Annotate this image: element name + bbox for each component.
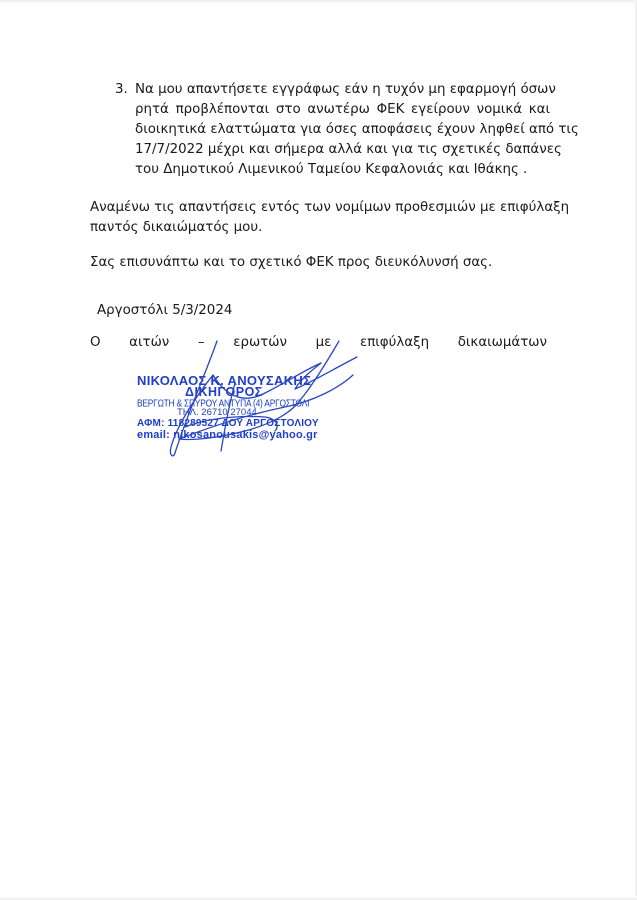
page-edge-bottom (0, 896, 637, 900)
list-item-number: 3. (115, 80, 128, 100)
list-item-line: 17/7/2022 μέχρι και σήμερα αλλά και για … (135, 140, 550, 160)
paragraph-await-response: Αναμένω τις απαντήσεις εντός των νομίμων… (90, 198, 550, 238)
paragraph-attachment: Σας επισυνάπτω και το σχετικό ΦΕΚ προς δ… (90, 253, 492, 273)
stamp-tax-id: ΑΦΜ: 118289527 ΔΟΥ ΑΡΓΟΣΤΟΛΙΟΥ (137, 418, 315, 429)
page-edge-top (0, 0, 637, 4)
list-item-3-text: Να μου απαντήσετε εγγράφως εάν η τυχόν μ… (135, 80, 550, 180)
stamp-phone: ΤΗΛ. 26710 27044 (137, 408, 315, 418)
list-item-line: διοικητικά ελαττώματα για όσες αποφάσεις… (135, 120, 550, 140)
list-item-line: Να μου απαντήσετε εγγράφως εάν η τυχόν μ… (135, 80, 550, 100)
paragraph-line: παντός δικαιώματός μου. (90, 218, 550, 238)
paragraph-line: Αναμένω τις απαντήσεις εντός των νομίμων… (90, 198, 550, 218)
place-date: Αργοστόλι 5/3/2024 (97, 301, 232, 321)
stamp-address: ΒΕΡΓΩΤΗ & ΣΠΥΡΟΥ ΑΝΤΥΠΑ (4) ΑΡΓΟΣΤΟΛΙ (137, 397, 315, 409)
lawyer-stamp: ΝΙΚΟΛΑΟΣ Κ. ΑΝΟΥΣΑΚΗΣ ΔΙΚΗΓΟΡΟΣ ΒΕΡΓΩΤΗ … (137, 374, 315, 441)
closing-line: Ο αιτών – ερωτών με επιφύλαξη δικαιωμάτω… (90, 333, 547, 353)
list-item-line: ρητά προβλέπονται στο ανωτέρω ΦΕΚ εγείρο… (135, 100, 550, 120)
stamp-email: email: nikosanousakis@yahoo.gr (137, 429, 315, 441)
list-item-line: του Δημοτικού Λιμενικού Ταμείου Κεφαλονι… (135, 160, 550, 180)
